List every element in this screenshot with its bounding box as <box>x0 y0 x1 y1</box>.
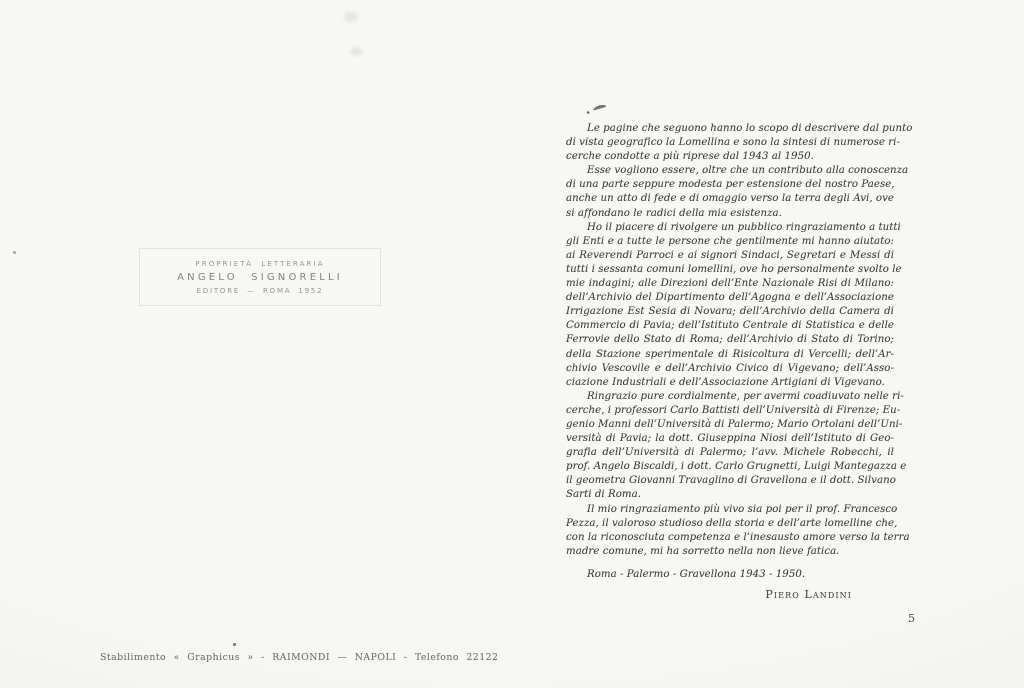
text-line: chivio Vescovile e dell’Archivio Civico … <box>566 362 894 376</box>
author-signature: Piero Landini <box>566 588 894 602</box>
text-line: Pezza, il valoroso studioso della storia… <box>566 517 894 531</box>
text-line: di vista geografico la Lomellina e sono … <box>566 136 894 150</box>
text-line: grafia dell’Università di Palermo; l’avv… <box>566 446 894 460</box>
preface-paragraph: Ho il piacere di rivolgere un pubblico r… <box>566 221 894 390</box>
text-line: Le pagine che seguono hanno lo scopo di … <box>566 122 894 136</box>
text-line: Irrigazione Est Sesia di Novara; dell’Ar… <box>566 305 894 319</box>
dateline: Roma - Palermo - Gravellona 1943 - 1950. <box>566 568 894 582</box>
publisher-city-year: EDITORE — ROMA 1952 <box>197 287 324 295</box>
text-line: ciazione Industriali e dell’Associazione… <box>566 376 894 390</box>
text-line: versità di Pavia; la dott. Giuseppina Ni… <box>566 432 894 446</box>
text-line: madre comune, mi ha sorretto nella non l… <box>566 545 894 559</box>
ink-mark-icon <box>586 102 608 116</box>
text-line: Ho il piacere di rivolgere un pubblico r… <box>566 221 894 235</box>
text-line: Ferrovie dello Stato di Roma; dell’Archi… <box>566 333 894 347</box>
text-line: anche un atto di fede e di omaggio verso… <box>566 192 894 206</box>
text-line: prof. Angelo Biscaldi, i dott. Carlo Gru… <box>566 460 894 474</box>
text-line: ai Reverendi Parroci e ai signori Sindac… <box>566 249 894 263</box>
text-line: di una parte seppure modesta per estensi… <box>566 178 894 192</box>
scan-smudge <box>350 47 363 56</box>
publisher-name: ANGELO SIGNORELLI <box>177 272 343 283</box>
text-line: tutti i sessanta comuni lomellini, ove h… <box>566 263 894 277</box>
scan-smudge <box>344 12 358 22</box>
text-line: gli Enti e a tutte le persone che gentil… <box>566 235 894 249</box>
text-line: si affondano le radici della mia esisten… <box>566 207 894 221</box>
page-number: 5 <box>908 612 915 625</box>
text-line: Il mio ringraziamento più vivo sia poi p… <box>566 503 894 517</box>
text-line: della Stazione sperimentale di Risicoltu… <box>566 348 894 362</box>
text-line: Sarti di Roma. <box>566 488 894 502</box>
text-line: con la riconosciuta competenza e l’inesa… <box>566 531 894 545</box>
copyright-notice: PROPRIETÀ LETTERARIA <box>195 260 324 268</box>
copyright-box: PROPRIETÀ LETTERARIA ANGELO SIGNORELLI E… <box>139 248 381 306</box>
preface-paragraph: Il mio ringraziamento più vivo sia poi p… <box>566 503 894 559</box>
text-line: Esse vogliono essere, oltre che un contr… <box>566 164 894 178</box>
scan-speck <box>13 251 16 254</box>
printer-imprint: Stabilimento « Graphicus » - RAIMONDI — … <box>100 652 498 663</box>
text-line: il geometra Giovanni Travaglino di Grave… <box>566 474 894 488</box>
preface-paragraph: Le pagine che seguono hanno lo scopo di … <box>566 122 894 164</box>
preface-paragraph: Esse vogliono essere, oltre che un contr… <box>566 164 894 220</box>
imprint-dot <box>233 643 236 646</box>
preface-paragraph: Ringrazio pure cordialmente, per avermi … <box>566 390 894 503</box>
text-line: mie indagini; alle Direzioni dell’Ente N… <box>566 277 894 291</box>
text-line: cerche, i professori Carlo Battisti dell… <box>566 404 894 418</box>
text-line: dell’Archivio del Dipartimento dell’Agog… <box>566 291 894 305</box>
preface-text: Le pagine che seguono hanno lo scopo di … <box>566 122 894 602</box>
text-line: cerche condotte a più riprese dal 1943 a… <box>566 150 894 164</box>
text-line: Ringrazio pure cordialmente, per avermi … <box>566 390 894 404</box>
text-line: Commercio di Pavia; dell’Istituto Centra… <box>566 319 894 333</box>
text-line: genio Manni dell’Università di Palermo; … <box>566 418 894 432</box>
book-spread-scan: PROPRIETÀ LETTERARIA ANGELO SIGNORELLI E… <box>0 0 1024 688</box>
